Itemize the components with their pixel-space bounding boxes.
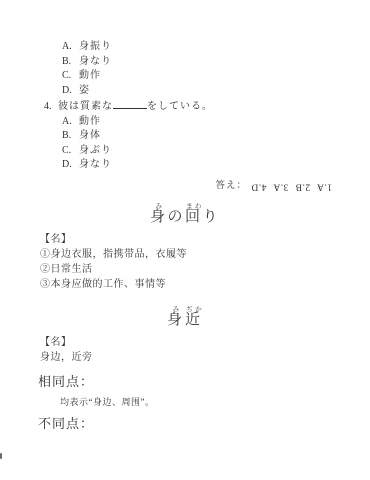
definition-item: ①身边衣服，指携带品，衣履等 bbox=[40, 247, 370, 262]
option-row: A.身振り bbox=[62, 40, 370, 55]
question-text-pre: 彼は質素な bbox=[58, 101, 113, 112]
title-base: 近 bbox=[185, 312, 203, 328]
blank-underline bbox=[113, 98, 147, 109]
option-letter: B. bbox=[62, 55, 79, 70]
quiz-section: A.身振り B.身なり C.動作 D.姿 4.彼は質素なをしている。 A.動作 … bbox=[0, 0, 370, 193]
option-row: B.身体 bbox=[62, 129, 370, 144]
question-3-options: A.身振り B.身なり C.動作 D.姿 bbox=[0, 40, 370, 98]
answer-label: 答え： bbox=[215, 181, 247, 191]
option-letter: D. bbox=[62, 84, 79, 99]
scan-speck bbox=[0, 453, 2, 459]
pos-label: 【名】 bbox=[40, 335, 370, 350]
option-text: 身なり bbox=[79, 56, 112, 67]
option-text: 身ぶり bbox=[79, 145, 112, 156]
title-base: 身 bbox=[150, 209, 168, 225]
option-letter: A. bbox=[62, 115, 79, 130]
entry-midika: 身み近ぢか 【名】 身边，近旁 相同点： 均表示“身边、周围”。 不同点： bbox=[0, 306, 370, 432]
option-text: 身体 bbox=[79, 130, 101, 141]
question-4-options: A.動作 B.身体 C.身ぶり D.身なり bbox=[0, 115, 370, 173]
title-char: 身み bbox=[167, 312, 185, 328]
title-base: 回 bbox=[185, 209, 203, 225]
same-points-label: 相同点： bbox=[0, 373, 370, 390]
furigana: ぢか bbox=[185, 306, 203, 313]
definition-item: ③本身应做的工作、事情等 bbox=[40, 277, 370, 292]
option-letter: D. bbox=[62, 158, 79, 173]
definition-item: 身边，近旁 bbox=[40, 350, 370, 365]
pos-label: 【名】 bbox=[40, 232, 370, 247]
diff-points-label: 不同点： bbox=[0, 415, 370, 432]
entry-body: 【名】 身边，近旁 bbox=[0, 335, 370, 365]
option-row: C.動作 bbox=[62, 69, 370, 84]
furigana: み bbox=[150, 203, 168, 210]
title-base: 身 bbox=[167, 312, 185, 328]
option-text: 姿 bbox=[79, 85, 90, 96]
title-char: 近ぢか bbox=[185, 312, 203, 328]
entry-title-minomawari: 身みの回まわり bbox=[0, 203, 370, 226]
entry-body: 【名】 ①身边衣服，指携带品，衣履等 ②日常生活 ③本身应做的工作、事情等 bbox=[0, 232, 370, 292]
question-4: 4.彼は質素なをしている。 bbox=[0, 98, 370, 115]
entry-title-midika: 身み近ぢか bbox=[0, 306, 370, 329]
furigana: み bbox=[167, 306, 185, 313]
option-row: C.身ぶり bbox=[62, 144, 370, 159]
option-row: D.身なり bbox=[62, 158, 370, 173]
option-row: B.身なり bbox=[62, 55, 370, 70]
question-number: 4. bbox=[44, 100, 58, 115]
option-text: 動作 bbox=[79, 70, 101, 81]
option-letter: B. bbox=[62, 129, 79, 144]
textbook-page: A.身振り B.身なり C.動作 D.姿 4.彼は質素なをしている。 A.動作 … bbox=[0, 0, 370, 480]
title-char: の bbox=[167, 209, 185, 225]
answer-key-line: 答え：1.A 2.B 3.A 4.D bbox=[0, 179, 370, 194]
definition-item: ②日常生活 bbox=[40, 262, 370, 277]
question-text-post: をしている。 bbox=[147, 101, 213, 112]
option-letter: C. bbox=[62, 69, 79, 84]
option-text: 身振り bbox=[79, 41, 112, 52]
option-letter: C. bbox=[62, 144, 79, 159]
title-char: 回まわ bbox=[185, 209, 203, 225]
option-row: D.姿 bbox=[62, 84, 370, 99]
title-char: り bbox=[203, 209, 221, 225]
answer-key-flipped: 1.A 2.B 3.A 4.D bbox=[251, 179, 332, 194]
furigana: まわ bbox=[185, 203, 203, 210]
title-base: の bbox=[167, 209, 185, 225]
same-points-text: 均表示“身边、周围”。 bbox=[0, 396, 370, 408]
title-base: り bbox=[203, 209, 221, 225]
title-char: 身み bbox=[150, 209, 168, 225]
option-row: A.動作 bbox=[62, 115, 370, 130]
option-letter: A. bbox=[62, 40, 79, 55]
option-text: 身なり bbox=[79, 159, 112, 170]
entry-minomawari: 身みの回まわり 【名】 ①身边衣服，指携带品，衣履等 ②日常生活 ③本身应做的工… bbox=[0, 203, 370, 292]
option-text: 動作 bbox=[79, 116, 101, 127]
